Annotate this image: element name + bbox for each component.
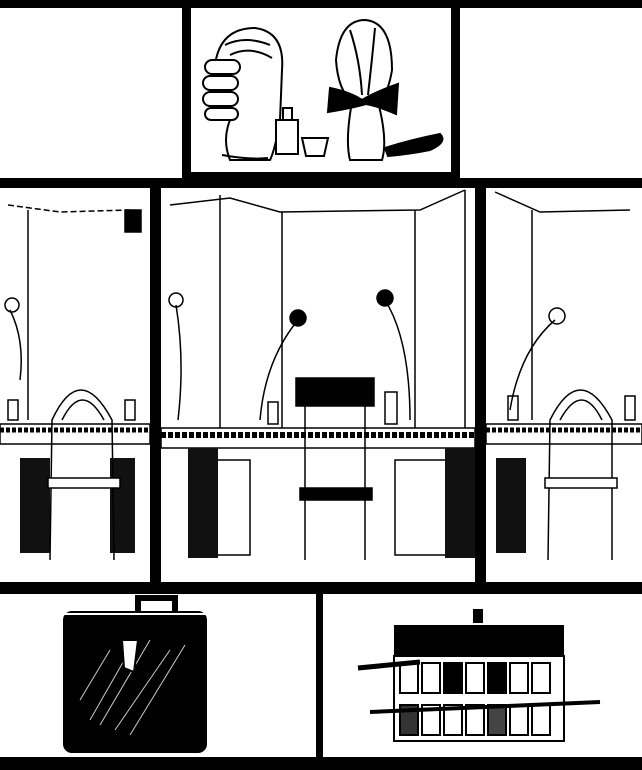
illustration [0,0,642,770]
top-border [0,0,642,8]
row3-divider [316,590,323,770]
row2-top-border [0,178,642,188]
bottom-border [0,757,642,770]
wig-panel-right-border [451,0,460,180]
row2-divider-1 [150,178,161,590]
row2-divider-2 [475,178,486,590]
wig-panel-left-border [182,0,191,180]
